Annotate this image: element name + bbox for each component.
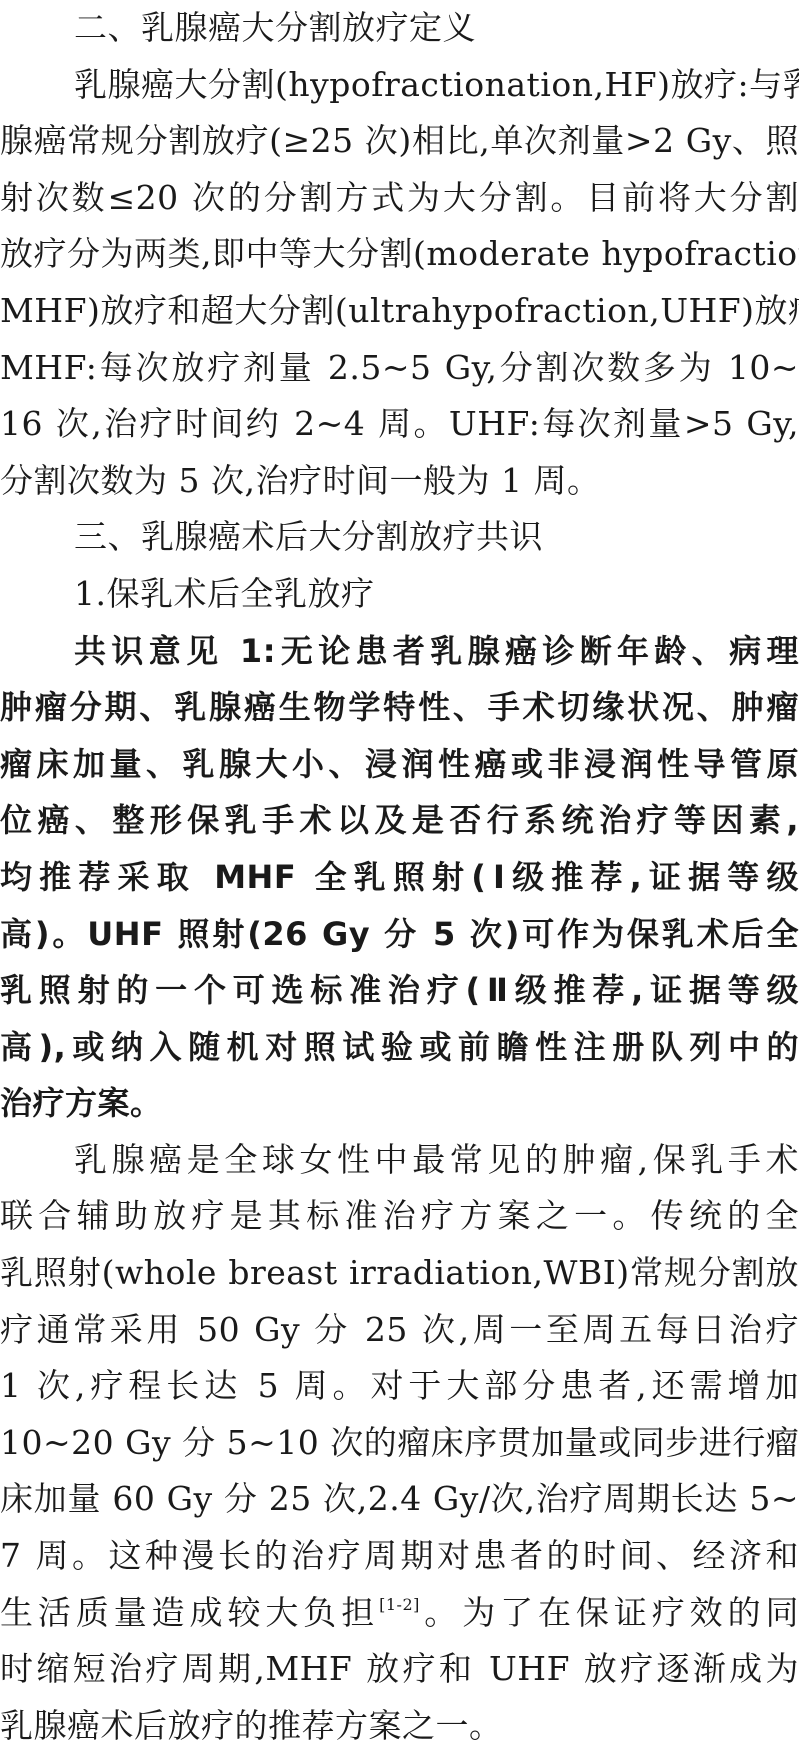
citation-reference[interactable]: [1-2] — [379, 1595, 420, 1614]
paragraph-line: 联合辅助放疗是其标准治疗方案之一。传统的全 — [0, 1188, 799, 1245]
paragraph-line: 床加量 60 Gy 分 25 次,2.4 Gy/次,治疗周期长达 5~ — [0, 1471, 799, 1528]
paragraph-line: 疗通常采用 50 Gy 分 25 次,周一至周五每日治疗 — [0, 1302, 799, 1359]
paragraph-line: 分割次数为 5 次,治疗时间一般为 1 周。 — [0, 453, 799, 510]
section-heading: 三、乳腺癌术后大分割放疗共识 — [0, 509, 799, 566]
text-after-citation: 。为了在保证疗效的同 — [420, 1593, 799, 1632]
body-paragraph: 乳腺癌是全球女性中最常见的肿瘤,保乳手术 联合辅助放疗是其标准治疗方案之一。传统… — [0, 1132, 799, 1755]
paragraph-line: 放疗分为两类,即中等大分割(moderate hypofraction, — [0, 226, 799, 283]
section-heading: 二、乳腺癌大分割放疗定义 — [0, 0, 799, 57]
paragraph-line: 乳腺癌是全球女性中最常见的肿瘤,保乳手术 — [0, 1132, 799, 1189]
consensus-line: 均推荐采取 MHF 全乳照射(Ⅰ级推荐,证据等级 — [0, 849, 799, 906]
paragraph-line: 射次数≤20 次的分割方式为大分割。目前将大分割 — [0, 170, 799, 227]
consensus-line: 共识意见 1:无论患者乳腺癌诊断年龄、病理 — [0, 623, 799, 680]
paragraph-line: 16 次,治疗时间约 2~4 周。UHF:每次剂量>5 Gy, — [0, 396, 799, 453]
paragraph-line: 1 次,疗程长达 5 周。对于大部分患者,还需增加 — [0, 1358, 799, 1415]
consensus-line: 瘤床加量、乳腺大小、浸润性癌或非浸润性导管原 — [0, 736, 799, 793]
section-hf-definition: 二、乳腺癌大分割放疗定义 乳腺癌大分割(hypofractionation,HF… — [0, 0, 799, 509]
paragraph-line: 10~20 Gy 分 5~10 次的瘤床序贯加量或同步进行瘤 — [0, 1415, 799, 1472]
paragraph-line: MHF)放疗和超大分割(ultrahypofraction,UHF)放疗。 — [0, 283, 799, 340]
consensus-line: 肿瘤分期、乳腺癌生物学特性、手术切缘状况、肿瘤 — [0, 679, 799, 736]
paragraph-line-with-citation: 生活质量造成较大负担[1-2]。为了在保证疗效的同 — [0, 1585, 799, 1642]
consensus-statement: 共识意见 1:无论患者乳腺癌诊断年龄、病理 肿瘤分期、乳腺癌生物学特性、手术切缘… — [0, 623, 799, 1132]
consensus-line: 高)。UHF 照射(26 Gy 分 5 次)可作为保乳术后全 — [0, 906, 799, 963]
paragraph-line: 乳照射(whole breast irradiation,WBI)常规分割放 — [0, 1245, 799, 1302]
paragraph-line: 7 周。这种漫长的治疗周期对患者的时间、经济和 — [0, 1528, 799, 1585]
consensus-line: 治疗方案。 — [0, 1075, 799, 1132]
consensus-line: 高),或纳入随机对照试验或前瞻性注册队列中的 — [0, 1019, 799, 1076]
paragraph-line: MHF:每次放疗剂量 2.5~5 Gy,分割次数多为 10~ — [0, 340, 799, 397]
consensus-line: 乳照射的一个可选标准治疗(Ⅱ级推荐,证据等级 — [0, 962, 799, 1019]
paragraph-line: 乳腺癌术后放疗的推荐方案之一。 — [0, 1698, 799, 1755]
section-consensus: 三、乳腺癌术后大分割放疗共识 1.保乳术后全乳放疗 共识意见 1:无论患者乳腺癌… — [0, 509, 799, 1754]
consensus-line: 位癌、整形保乳手术以及是否行系统治疗等因素, — [0, 792, 799, 849]
text-before-citation: 生活质量造成较大负担 — [0, 1593, 379, 1632]
paragraph-line: 时缩短治疗周期,MHF 放疗和 UHF 放疗逐渐成为 — [0, 1641, 799, 1698]
subsection-heading: 1.保乳术后全乳放疗 — [0, 566, 799, 623]
document-page: 二、乳腺癌大分割放疗定义 乳腺癌大分割(hypofractionation,HF… — [0, 0, 799, 1754]
paragraph-line: 腺癌常规分割放疗(≥25 次)相比,单次剂量>2 Gy、照 — [0, 113, 799, 170]
paragraph-line: 乳腺癌大分割(hypofractionation,HF)放疗:与乳 — [0, 57, 799, 114]
